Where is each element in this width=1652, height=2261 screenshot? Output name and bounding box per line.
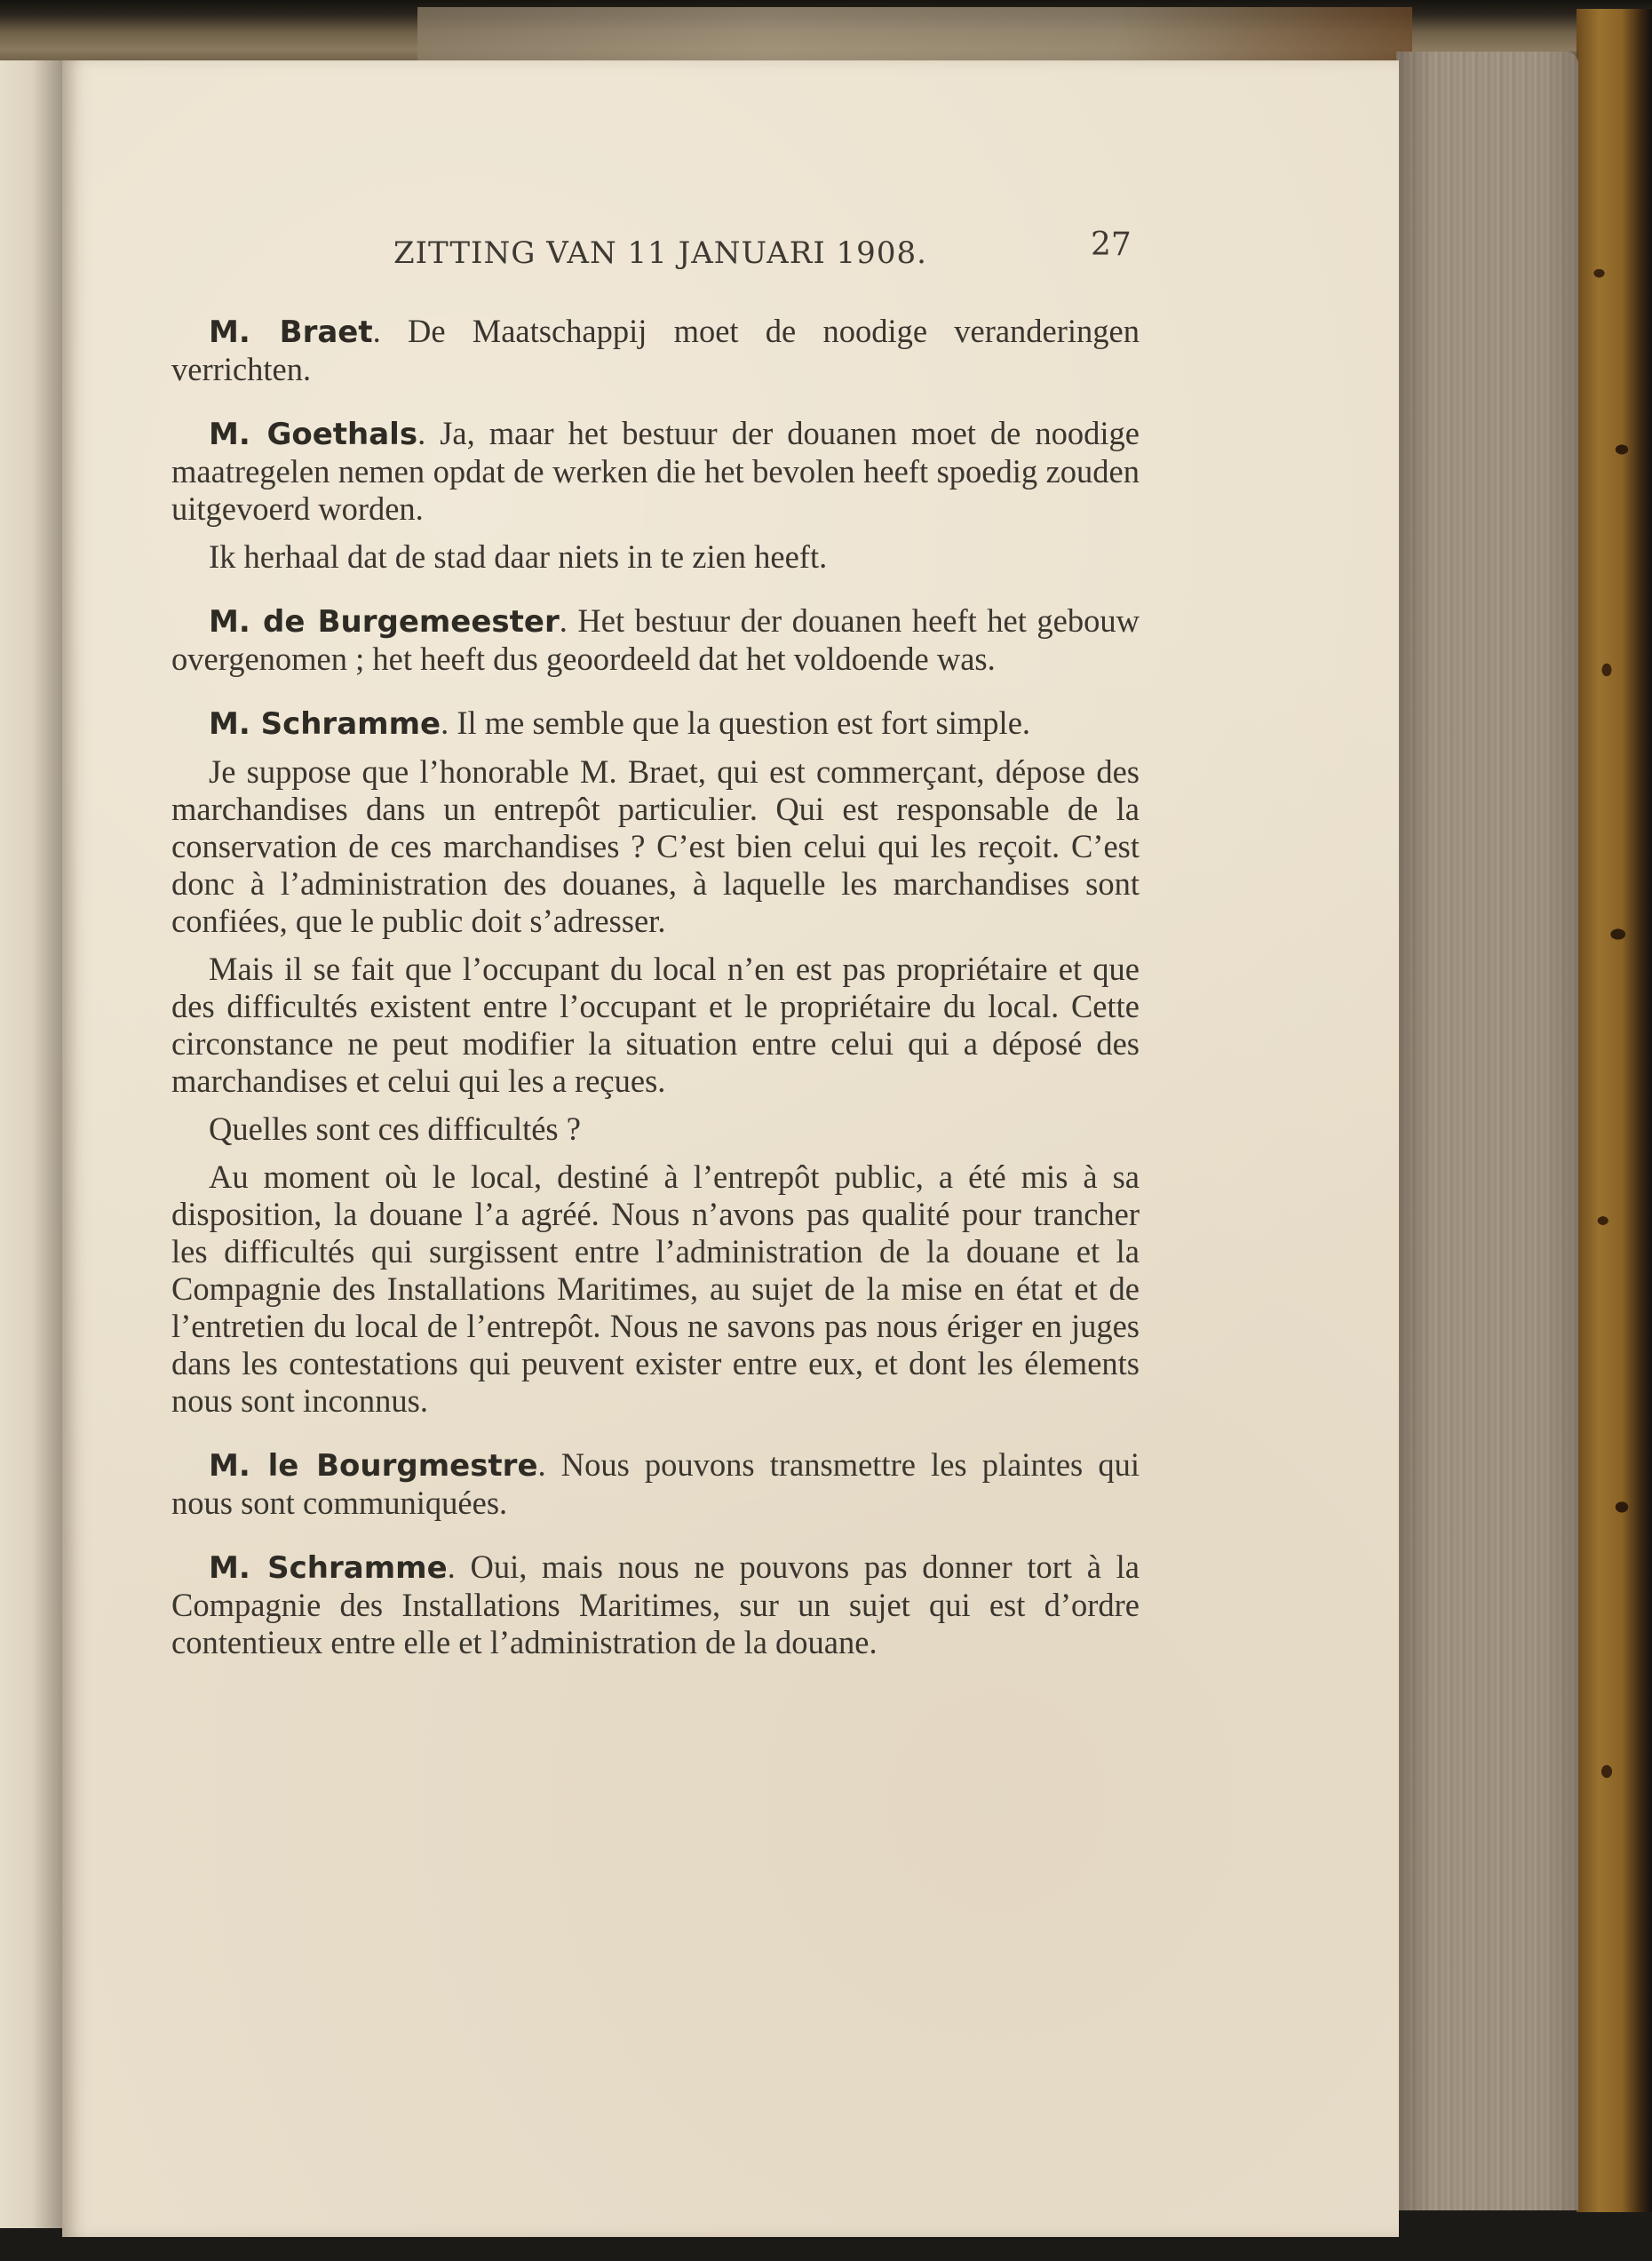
speaker-name: M. de Burgemeester: [209, 604, 560, 640]
paragraph-schramme-1: M. Schramme. Il me semble que la questio…: [171, 705, 1140, 743]
speaker-name: M. le Bourgmestre: [209, 1448, 538, 1484]
paragraph-bourgmestre: M. le Bourgmestre. Nous pouvons transmet…: [171, 1446, 1140, 1522]
speaker-name: M. Schramme: [209, 706, 441, 742]
speaker-name: M. Schramme: [209, 1550, 448, 1586]
paragraph-braet: M. Braet. De Maatschappij moet de noodig…: [171, 313, 1140, 388]
paragraph-goethals: M. Goethals. Ja, maar het bestuur der do…: [171, 415, 1140, 528]
running-head: ZITTING VAN 11 JANUARI 1908.: [393, 235, 927, 271]
paragraph-text: Je suppose que l’honorable M. Braet, qui…: [171, 753, 1140, 939]
previous-page-edge: [0, 60, 71, 2228]
paragraph-schramme-3: Mais il se fait que l’occupant du local …: [171, 951, 1140, 1100]
paragraph-schramme-2: Je suppose que l’honorable M. Braet, qui…: [171, 753, 1140, 940]
paragraph-text: Quelles sont ces difficultés ?: [209, 1111, 581, 1147]
paragraph-schramme-4: Quelles sont ces difficultés ?: [171, 1111, 1140, 1148]
paragraph-schramme-6: M. Schramme. Oui, mais nous ne pouvons p…: [171, 1548, 1140, 1661]
paragraph-burgemeester: M. de Burgemeester. Het bestuur der doua…: [171, 602, 1140, 678]
paragraph-text: Au moment où le local, destiné à l’entre…: [171, 1158, 1140, 1419]
body-text: M. Braet. De Maatschappij moet de noodig…: [171, 313, 1140, 1661]
speaker-name: M. Braet: [209, 314, 373, 350]
paragraph-text: . Il me semble que la question est fort …: [441, 705, 1030, 741]
page-number: 27: [1091, 227, 1132, 263]
paragraph-text: Mais il se fait que l’occupant du local …: [171, 951, 1140, 1099]
paragraph-schramme-5: Au moment où le local, destiné à l’entre…: [171, 1158, 1140, 1420]
paragraph-text: Ik herhaal dat de stad daar niets in te …: [209, 538, 827, 575]
book-cover-marbled: [1577, 9, 1652, 2212]
page-fore-edge: [1396, 52, 1578, 2210]
paragraph-goethals-cont: Ik herhaal dat de stad daar niets in te …: [171, 538, 1140, 576]
speaker-name: M. Goethals: [209, 417, 417, 452]
